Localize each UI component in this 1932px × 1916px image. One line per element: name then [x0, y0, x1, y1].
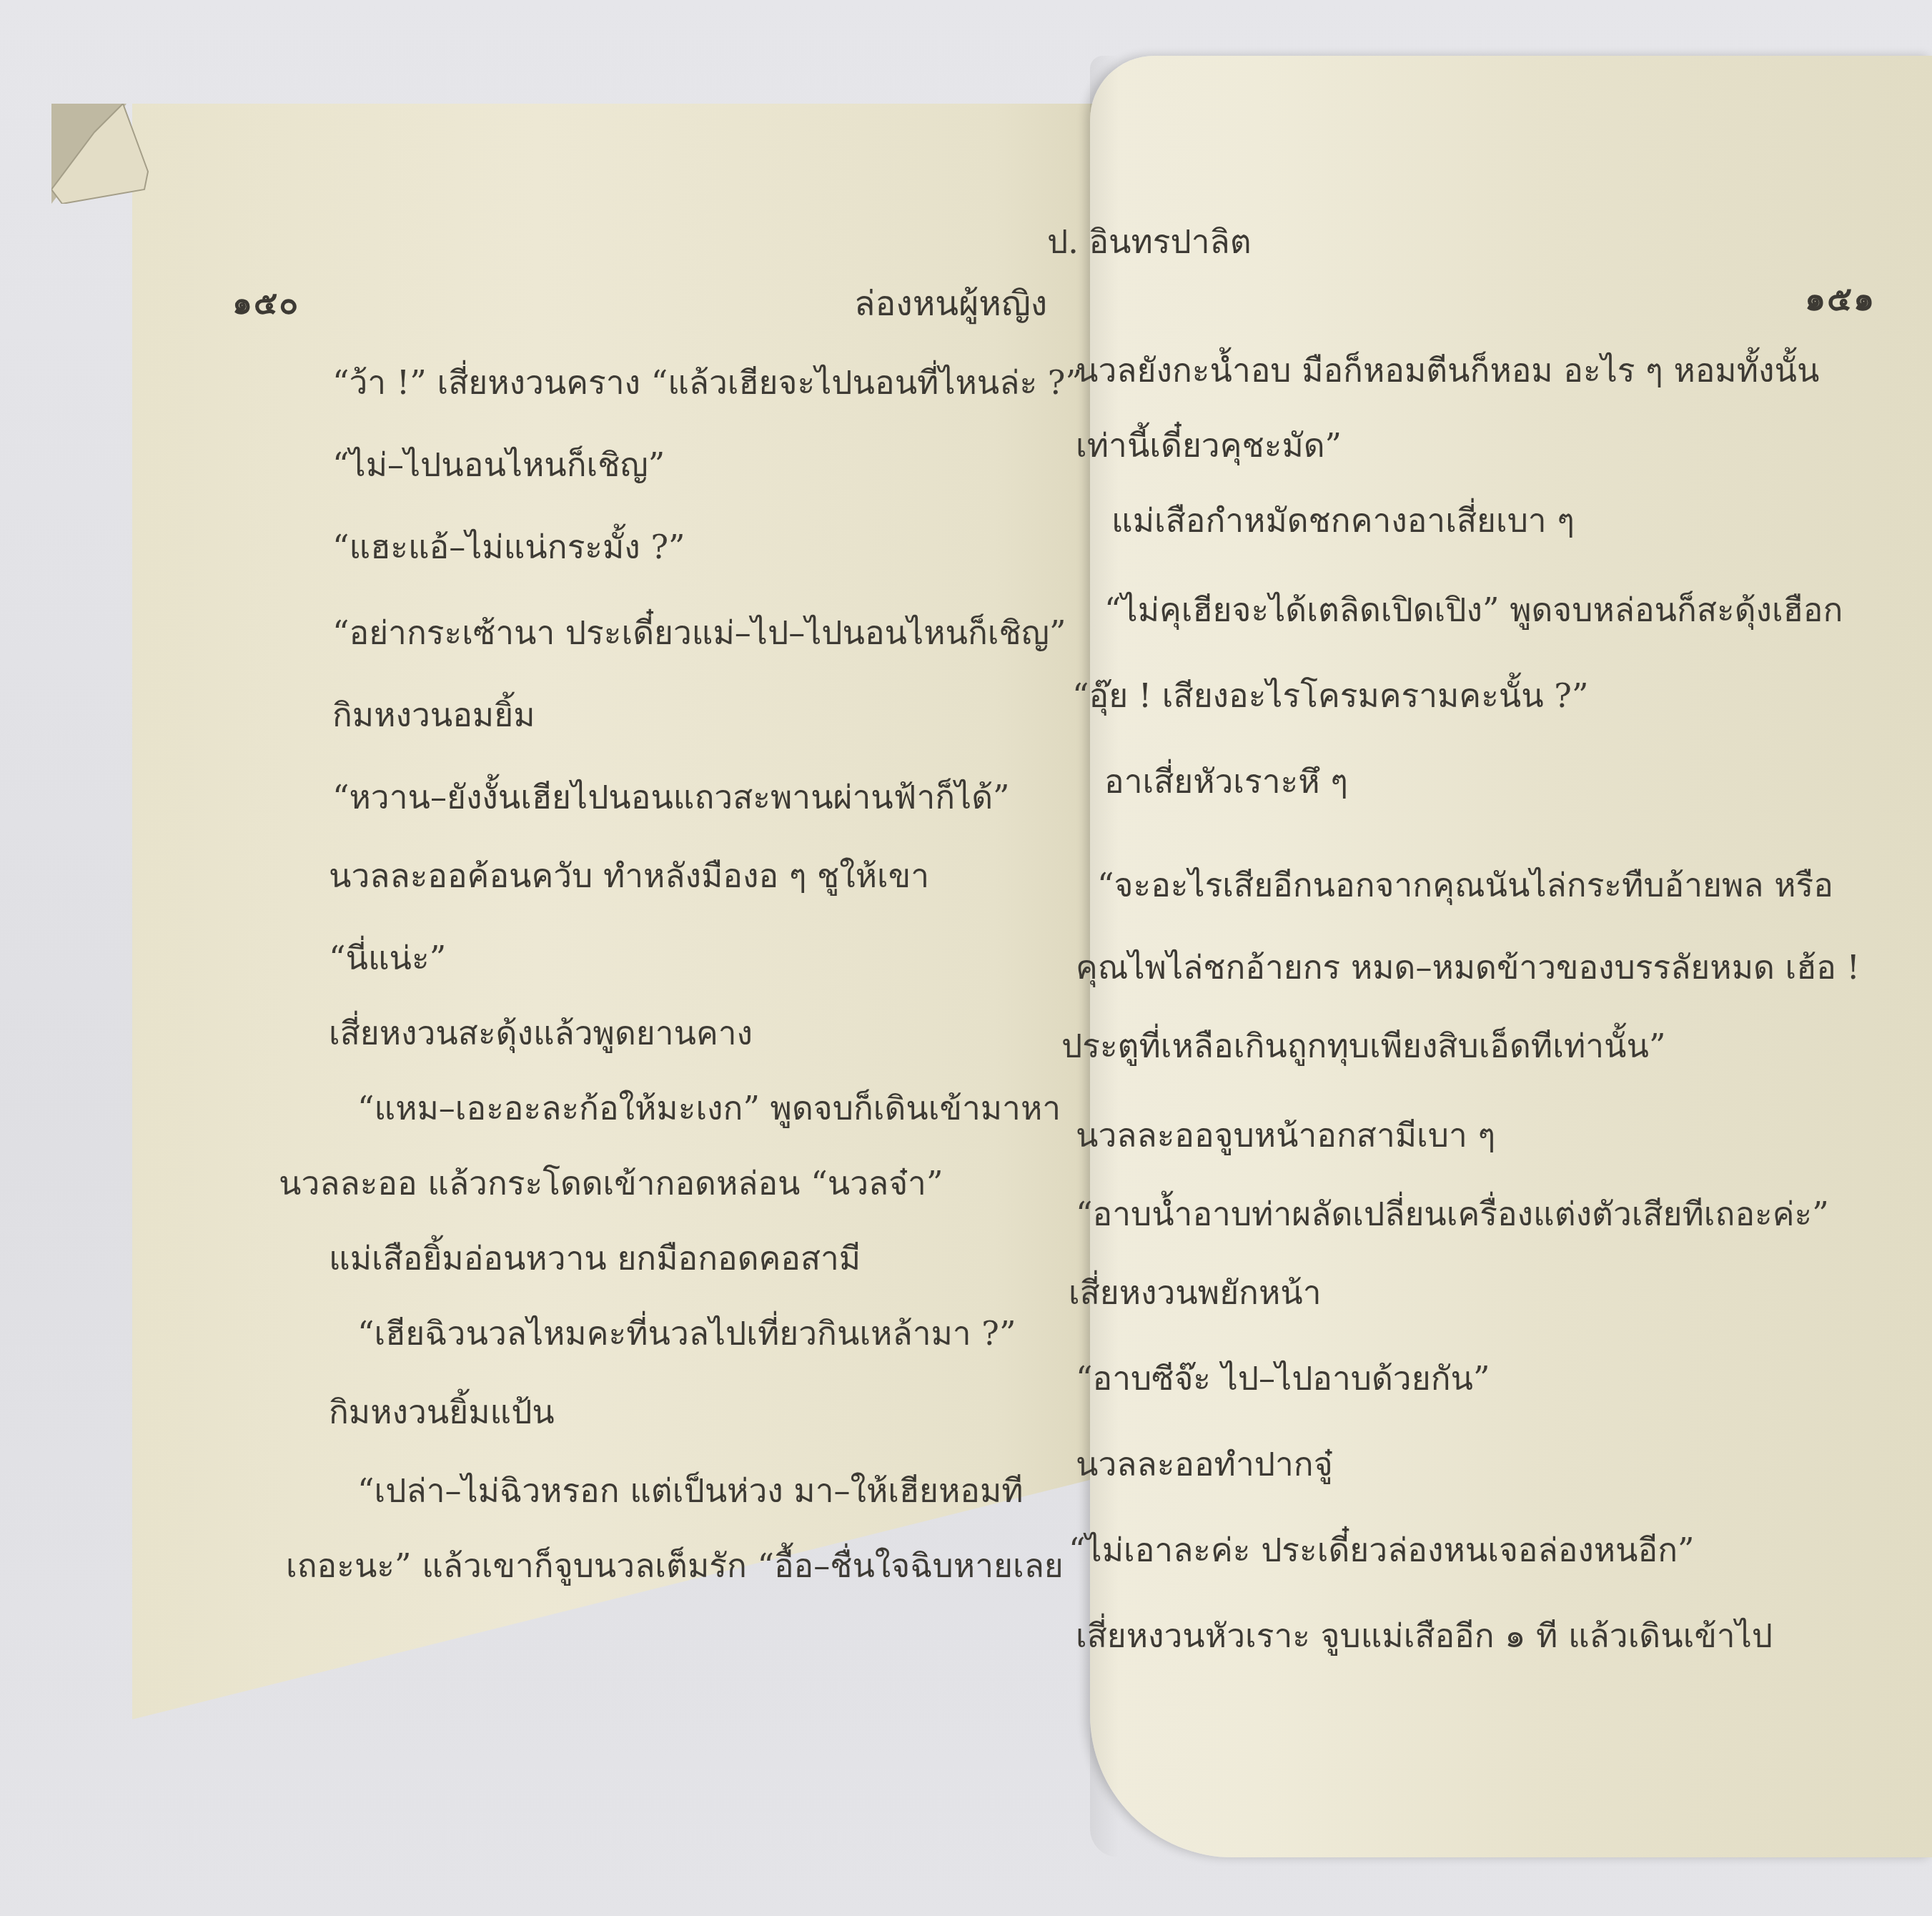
- text-line: “ไม่คุเฮียจะได้เตลิดเปิดเปิง” พูดจบหล่อน…: [1104, 588, 1843, 631]
- text-line: “ว้า !” เสี่ยหงวนคราง “แล้วเฮียจะไปนอนที…: [332, 361, 1082, 404]
- text-line: “เฮียฉิวนวลไหมคะที่นวลไปเที่ยวกินเหล้ามา…: [357, 1312, 1016, 1355]
- text-line: “หวาน–ยังงั้นเฮียไปนอนแถวสะพานผ่านฟ้าก็ไ…: [332, 776, 1010, 819]
- text-line: เถอะนะ” แล้วเขาก็จูบนวลเต็มรัก “อื้อ–ชื่…: [286, 1544, 1064, 1587]
- text-line: แม่เสือกำหมัดชกคางอาเสี่ยเบา ๆ: [1111, 499, 1575, 542]
- text-line: แม่เสือยิ้มอ่อนหวาน ยกมือกอดคอสามี: [329, 1237, 861, 1280]
- running-title-left: ล่องหนผู้หญิง: [854, 282, 1047, 325]
- text-line: “อาบน้ำอาบท่าผลัดเปลี่ยนเครื่องแต่งตัวเส…: [1076, 1192, 1829, 1235]
- page-number-right: ๑๕๑: [1805, 277, 1876, 320]
- text-line: “นี่แน่ะ”: [329, 937, 446, 979]
- text-line: “แหม–เอะอะละก้อให้มะเงก” พูดจบก็เดินเข้า…: [357, 1087, 1061, 1130]
- text-line: “จะอะไรเสียอีกนอกจากคุณนันไล่กระทืบอ้ายพ…: [1097, 864, 1833, 907]
- text-line: เสี่ยหงวนหัวเราะ จูบแม่เสืออีก ๑ ที แล้ว…: [1076, 1614, 1773, 1657]
- text-line: เสี่ยหงวนพยักหน้า: [1069, 1271, 1322, 1314]
- page-number-left: ๑๕๐: [232, 282, 299, 325]
- text-line: “ไม่–ไปนอนไหนก็เชิญ”: [332, 443, 665, 486]
- text-line: คุณไพไล่ชกอ้ายกร หมด–หมดข้าวของบรรลัยหมด…: [1076, 946, 1860, 989]
- text-line: อาเสี่ยหัวเราะหึ ๆ: [1104, 760, 1348, 803]
- text-line: “อาบซีจ๊ะ ไป–ไปอาบด้วยกัน”: [1076, 1357, 1490, 1400]
- text-line: “ไม่เอาละค่ะ ประเดี๋ยวล่องหนเจอล่องหนอีก…: [1069, 1529, 1695, 1571]
- right-page: ป. อินทรปาลิต ๑๕๑ นวลยังกะน้ำอบ มือก็หอม…: [1090, 56, 1932, 1857]
- text-line: นวลละออจูบหน้าอกสามีเบา ๆ: [1076, 1114, 1495, 1157]
- text-line: “แฮะแอ้–ไม่แน่กระมั้ง ?”: [332, 525, 685, 568]
- text-line: “อย่ากระเซ้านา ประเดี๋ยวแม่–ไป–ไปนอนไหนก…: [332, 611, 1066, 654]
- text-line: นวลละออ แล้วกระโดดเข้ากอดหล่อน “นวลจ๋า”: [279, 1162, 943, 1205]
- folded-corner-icon: [51, 104, 152, 204]
- text-line: นวลละออค้อนควับ ทำหลังมืองอ ๆ ชูให้เขา: [329, 854, 929, 897]
- text-line: ประตูที่เหลือเกินถูกทุบเพียงสิบเอ็ดทีเท่…: [1061, 1024, 1665, 1067]
- text-line: “เปล่า–ไม่ฉิวหรอก แต่เป็นห่วง มา–ให้เฮีย…: [357, 1469, 1024, 1512]
- running-title-right: ป. อินทรปาลิต: [1047, 220, 1252, 263]
- text-line: “อุ๊ย ! เสียงอะไรโครมครามคะนั้น ?”: [1072, 674, 1589, 717]
- text-line: เท่านี้เดี๋ยวคุชะมัด”: [1076, 424, 1342, 467]
- text-line: นวลละออทำปากจู๋: [1076, 1443, 1333, 1486]
- text-line: เสี่ยหงวนสะดุ้งแล้วพูดยานคาง: [329, 1012, 753, 1055]
- text-line: นวลยังกะน้ำอบ มือก็หอมตีนก็หอม อะไร ๆ หอ…: [1076, 349, 1819, 392]
- text-line: กิมหงวนยิ้มแป้น: [329, 1391, 555, 1433]
- text-line: กิมหงวนอมยิ้ม: [332, 693, 535, 736]
